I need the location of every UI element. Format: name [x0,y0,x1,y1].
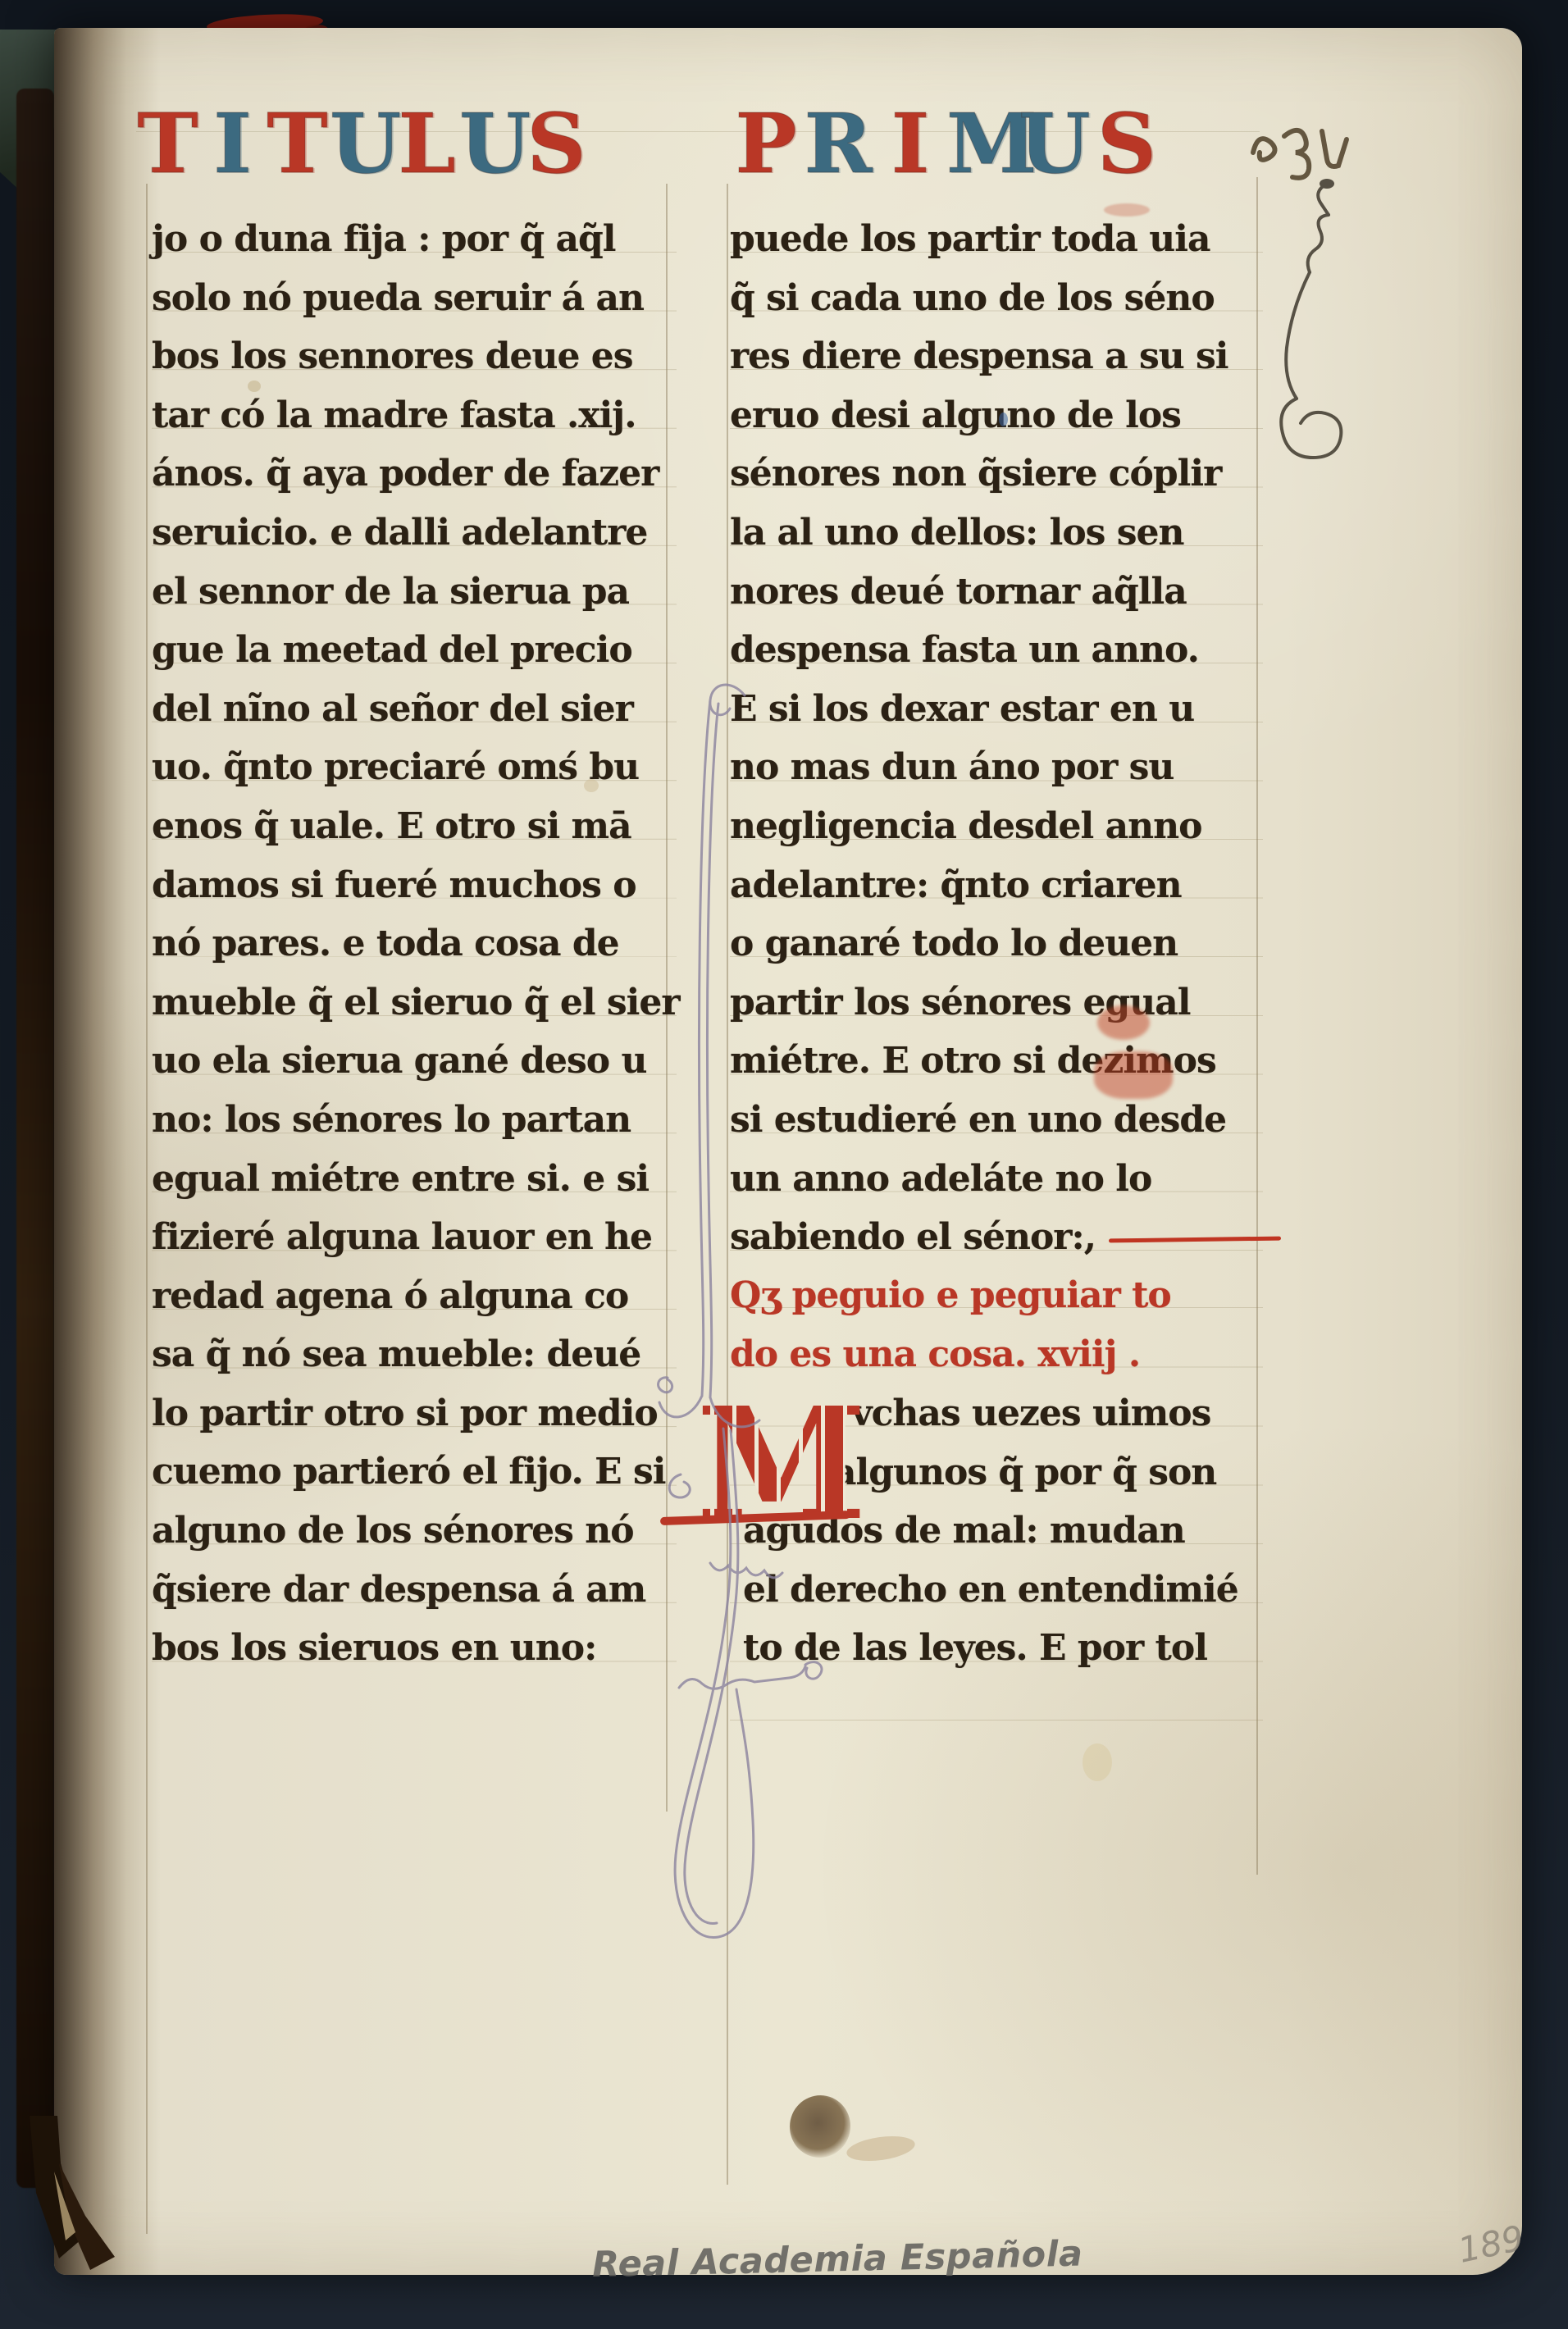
manuscript-text-line: res diere despensa a su si [730,327,1263,386]
intercolumn-flourish-icon [631,658,836,2019]
heading-letter: U [459,98,524,189]
paper-stain [1083,1743,1112,1781]
manuscript-text-line: damos si fueré muchos o [152,856,677,915]
heading-letter: T [265,98,330,189]
manuscript-text-line: uo ela sierua gané deso u [152,1032,677,1091]
manuscript-text-line: sénores non q̃siere cóplir [730,444,1263,504]
manuscript-text-line: q̃ si cada uno de los séno [730,269,1263,328]
heading-letter: T [135,98,200,189]
heading-letter: M [946,98,1019,189]
manuscript-text-line: eruo desi alguno de los [730,386,1263,445]
heading-letter: R [802,98,874,189]
folio-number: 189 [1455,2217,1528,2271]
pen-flourish-doodle-icon [1269,172,1393,467]
manuscript-text-line: lo partir otro si por medio [152,1384,677,1443]
heading-letter: L [394,98,459,189]
paper-smear [845,2132,916,2164]
ruling-line-left-margin [146,184,148,2234]
heading-letter: I [874,98,946,189]
manuscript-text-line: el sennor de la sierua pa [152,563,677,622]
heading-letter: I [200,98,265,189]
red-ink-smudge [1097,1005,1150,1040]
paper-stain [584,779,599,792]
manuscript-text-line: la al uno dellos: los sen [730,504,1263,563]
manuscript-text-line: del nĩno al señor del sier [152,680,677,739]
heading-letter: P [730,98,802,189]
heading-letter: U [1019,98,1091,189]
manuscript-text-line: gue la meetad del precio [152,621,677,680]
parchment-page: TITULUS PRIMUS jo o duna fija [54,28,1522,2275]
ribbon-marker-icon [5,2116,185,2296]
manuscript-text-line: seruicio. e dalli adelantre [152,504,677,563]
manuscript-text-line: redad agena ó alguna co [152,1267,677,1326]
manuscript-text-line: ános. q̃ aya poder de fazer [152,444,677,504]
manuscript-text-line: cuemo partieró el fijo. E si [152,1443,677,1502]
heading-word-primus: PRIMUS [730,98,1163,189]
manuscript-text-line: tar có la madre fasta .xij. [152,386,677,445]
manuscript-text-line: puede los partir toda uia [730,210,1263,269]
heading-letter: S [524,98,589,189]
manuscript-text-line: egual miétre entre si. e si [152,1150,677,1209]
text-column-left: jo o duna fija : por q̃ aq̃lsolo nó pued… [152,210,677,1678]
ink-blot [784,2090,856,2163]
manuscript-text-line: jo o duna fija : por q̃ aq̃l [152,210,677,269]
manuscript-text-line: solo nó pueda seruir á an [152,269,677,328]
manuscript-text-line: no: los sénores lo partan [152,1091,677,1150]
manuscript-text-line: nó pares. e toda cosa de [152,914,677,973]
manuscript-text-line: nores deué tornar aq̃lla [730,563,1263,622]
manuscript-text-line: enos q̃ uale. E otro si mā [152,797,677,856]
watermark: Real Academia Española [592,2233,1101,2286]
manuscript-text-line: bos los sieruos en uno: [152,1619,677,1678]
blue-ink-dot [999,412,1008,426]
paper-stain [248,381,261,392]
manuscript-text-line: mueble q̃ el sieruo q̃ el sier [152,973,677,1032]
heading-letter: S [1091,98,1163,189]
binding-crease [16,89,54,2188]
manuscript-text-line: q̃siere dar despensa á am [152,1561,677,1620]
heading-letter: U [330,98,394,189]
red-ink-smudge [1104,203,1150,216]
red-ink-smudge [1094,1051,1173,1099]
manuscript-text-line: bos los sennores deue es [152,327,677,386]
manuscript-text-line: alguno de los sénores nó [152,1502,677,1561]
binding-gutter-shadow [54,28,161,2275]
manuscript-text-line: sa q̃ nó sea mueble: deué [152,1325,677,1384]
manuscript-text-line: fizieré alguna lauor en he [152,1208,677,1267]
heading-word-titulus: TITULUS [135,98,589,189]
